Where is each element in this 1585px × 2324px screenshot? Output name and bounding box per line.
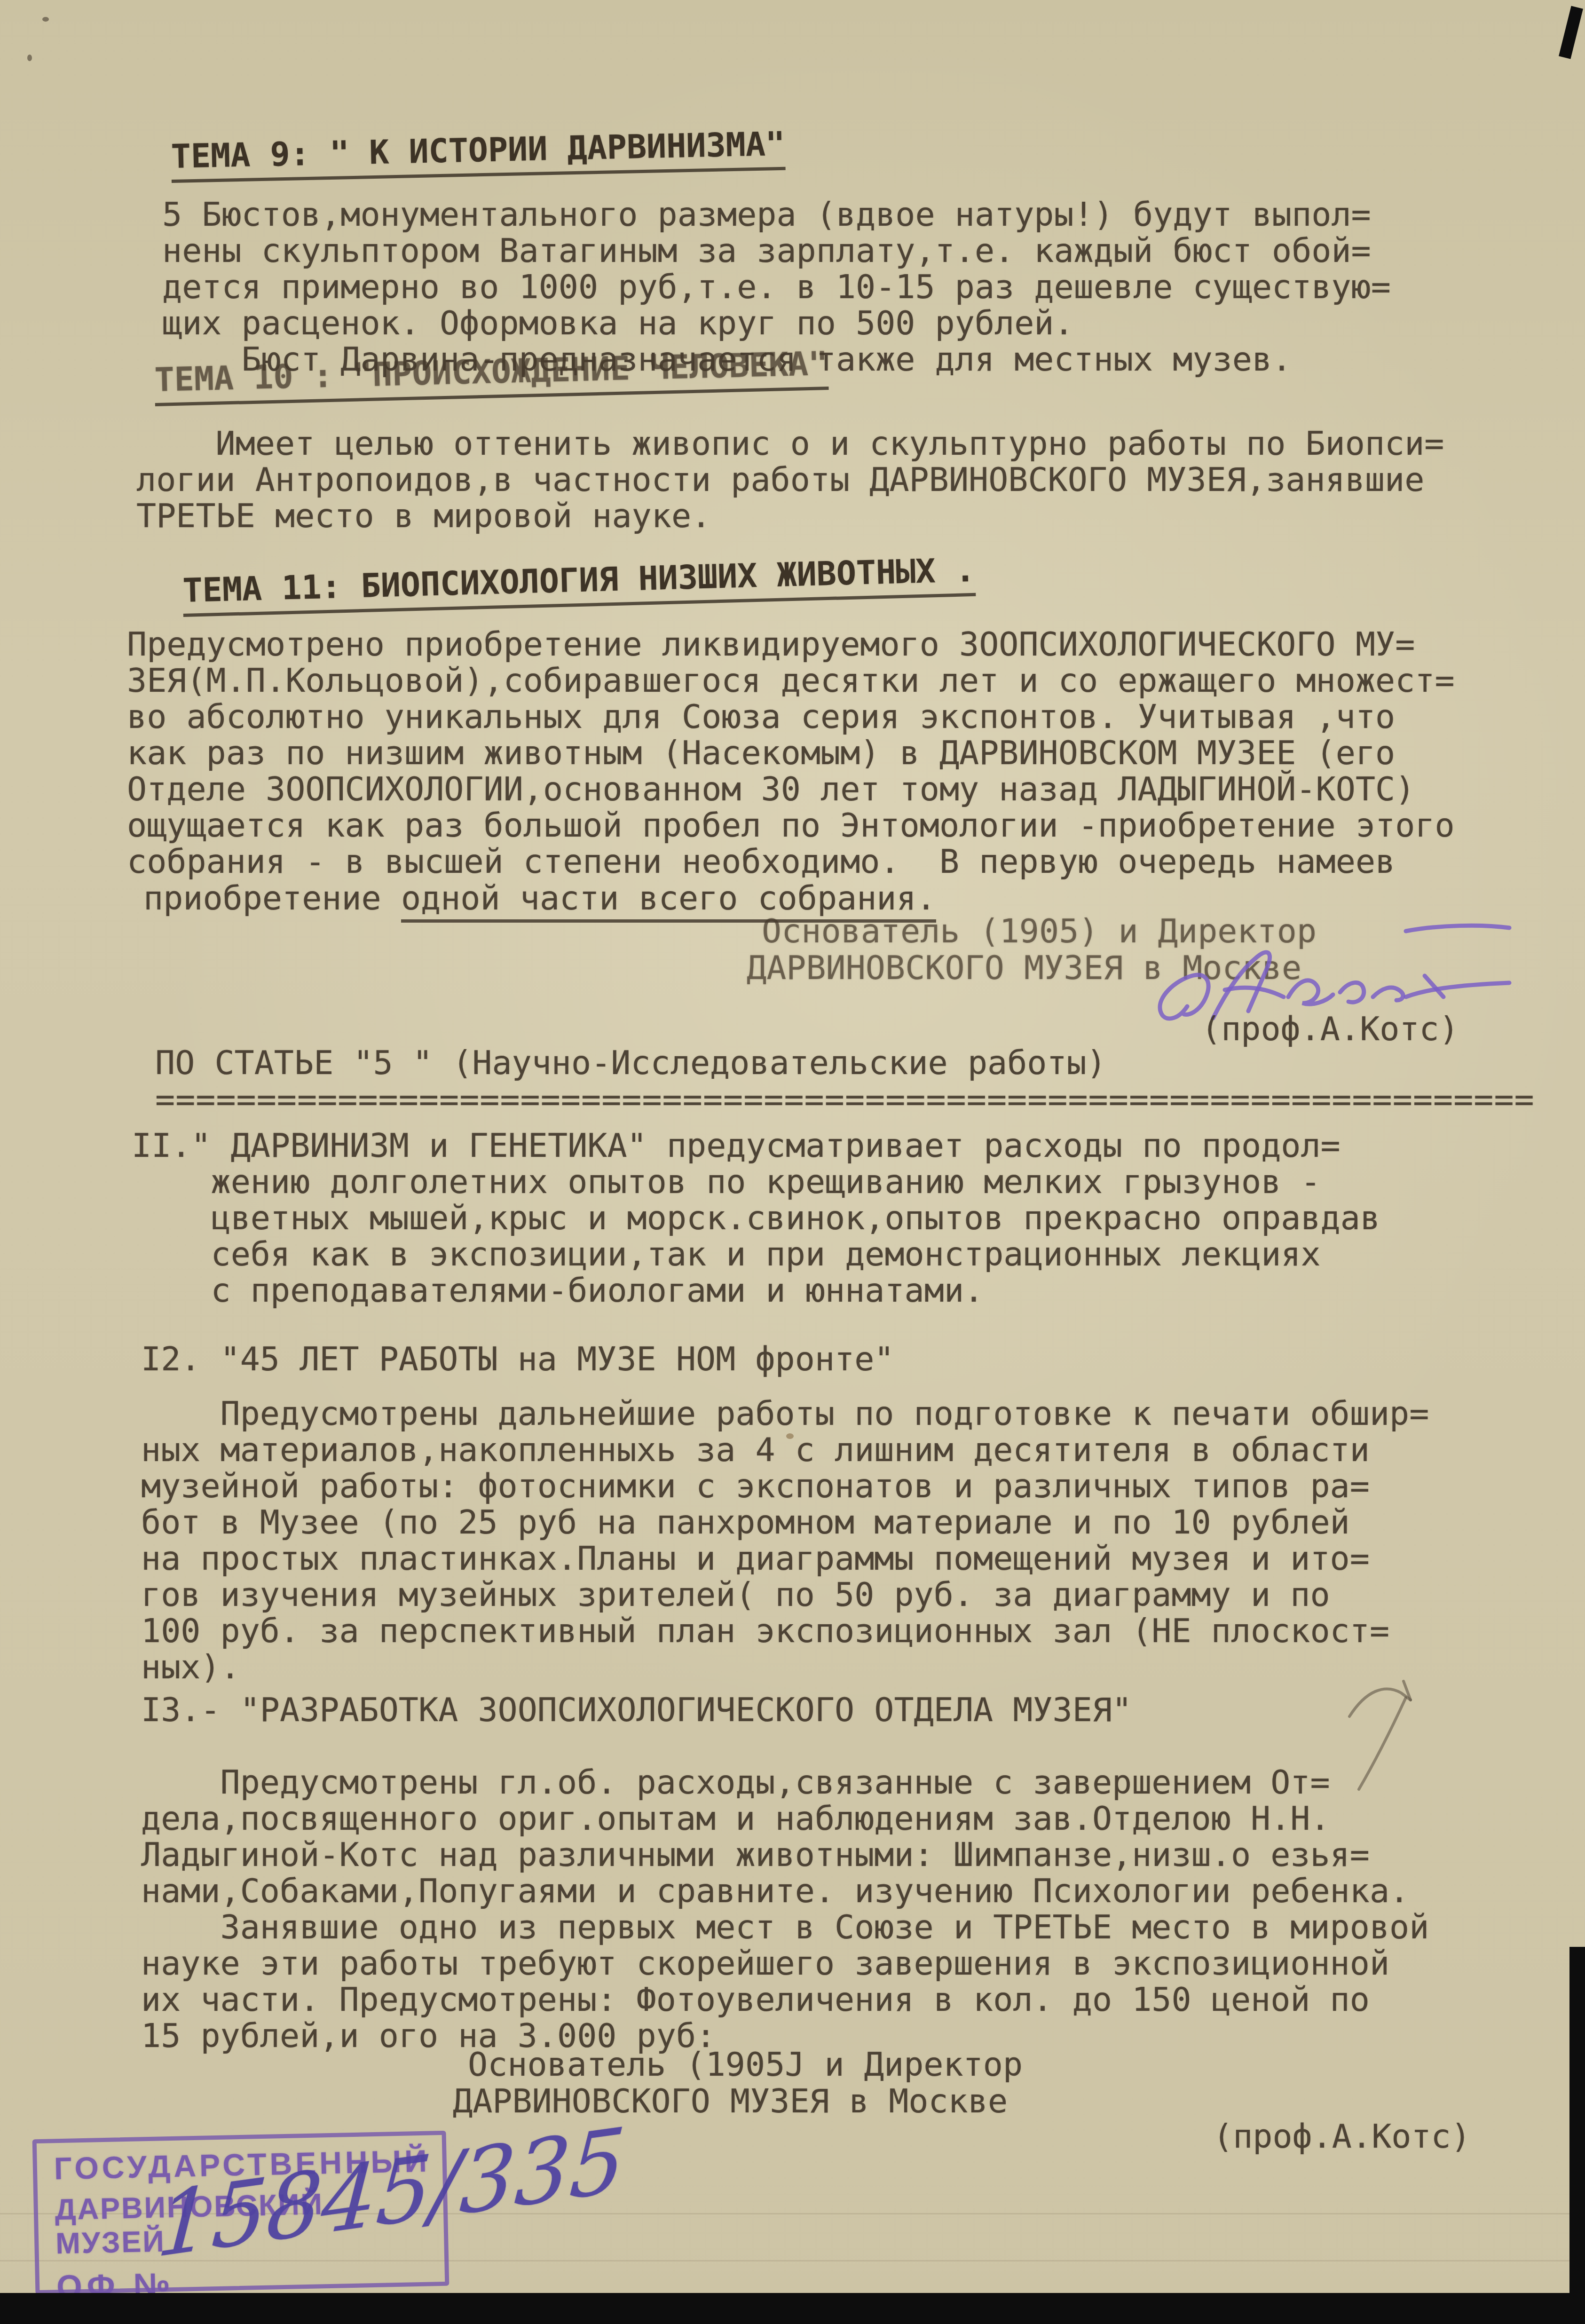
founder-bottom-line2: ДАРВИНОВСКОГО МУЗЕЯ в Москве <box>453 2083 1008 2119</box>
tema11-heading: ТЕМА 11: БИОПСИХОЛОГИЯ НИЗШИХ ЖИВОТНЫХ . <box>182 552 976 617</box>
article5-heading: ПО СТАТЬЕ "5 " (Научно-Исследовательские… <box>155 1045 1106 1081</box>
item12-paragraph: Предусмотрены дальнейшие работы по подго… <box>141 1396 1429 1685</box>
item13-heading: I3.- "РАЗРАБОТКА ЗООПСИХОЛОГИЧЕСКОГО ОТД… <box>141 1692 1132 1728</box>
founder-bottom-signed-by: (проф.А.Котс) <box>1213 2118 1471 2155</box>
scan-edge-top-right <box>1559 6 1583 59</box>
document-page: ТЕМА 9: " К ИСТОРИИ ДАРВИНИЗМА" 5 Бюстов… <box>0 0 1585 2324</box>
article5-underline-row: ========================================… <box>155 1082 1535 1118</box>
founder-top-signed-by: (проф.А.Котс) <box>1201 1011 1459 1047</box>
item12-heading: I2. "45 ЛЕТ РАБОТЫ на МУЗЕ НОМ фронте" <box>141 1341 894 1377</box>
scan-edge-bottom <box>0 2293 1585 2324</box>
founder-bottom-line1: Основатель (1905J и Директор <box>468 2047 1023 2083</box>
scan-edge-right <box>1569 1947 1585 2324</box>
tema11-paragraph: Предусмотрено приобретение ликвидируемог… <box>127 626 1455 880</box>
tema11-last-line-plain: приобретение <box>143 879 401 917</box>
tema9-heading: ТЕМА 9: " К ИСТОРИИ ДАРВИНИЗМА" <box>171 126 786 183</box>
item13-paragraph: Предусмотрены гл.об. расходы,связанные с… <box>141 1764 1429 2054</box>
tema11-last-line: приобретение одной части всего собрания. <box>143 880 936 917</box>
paper-speck <box>27 55 32 61</box>
tema10-paragraph: Имеет целью оттенить живопис о и скульпт… <box>136 426 1444 534</box>
paper-speck <box>42 17 49 22</box>
item11-paragraph: II." ДАРВИНИЗМ и ГЕНЕТИКА" предусматрива… <box>132 1128 1380 1309</box>
